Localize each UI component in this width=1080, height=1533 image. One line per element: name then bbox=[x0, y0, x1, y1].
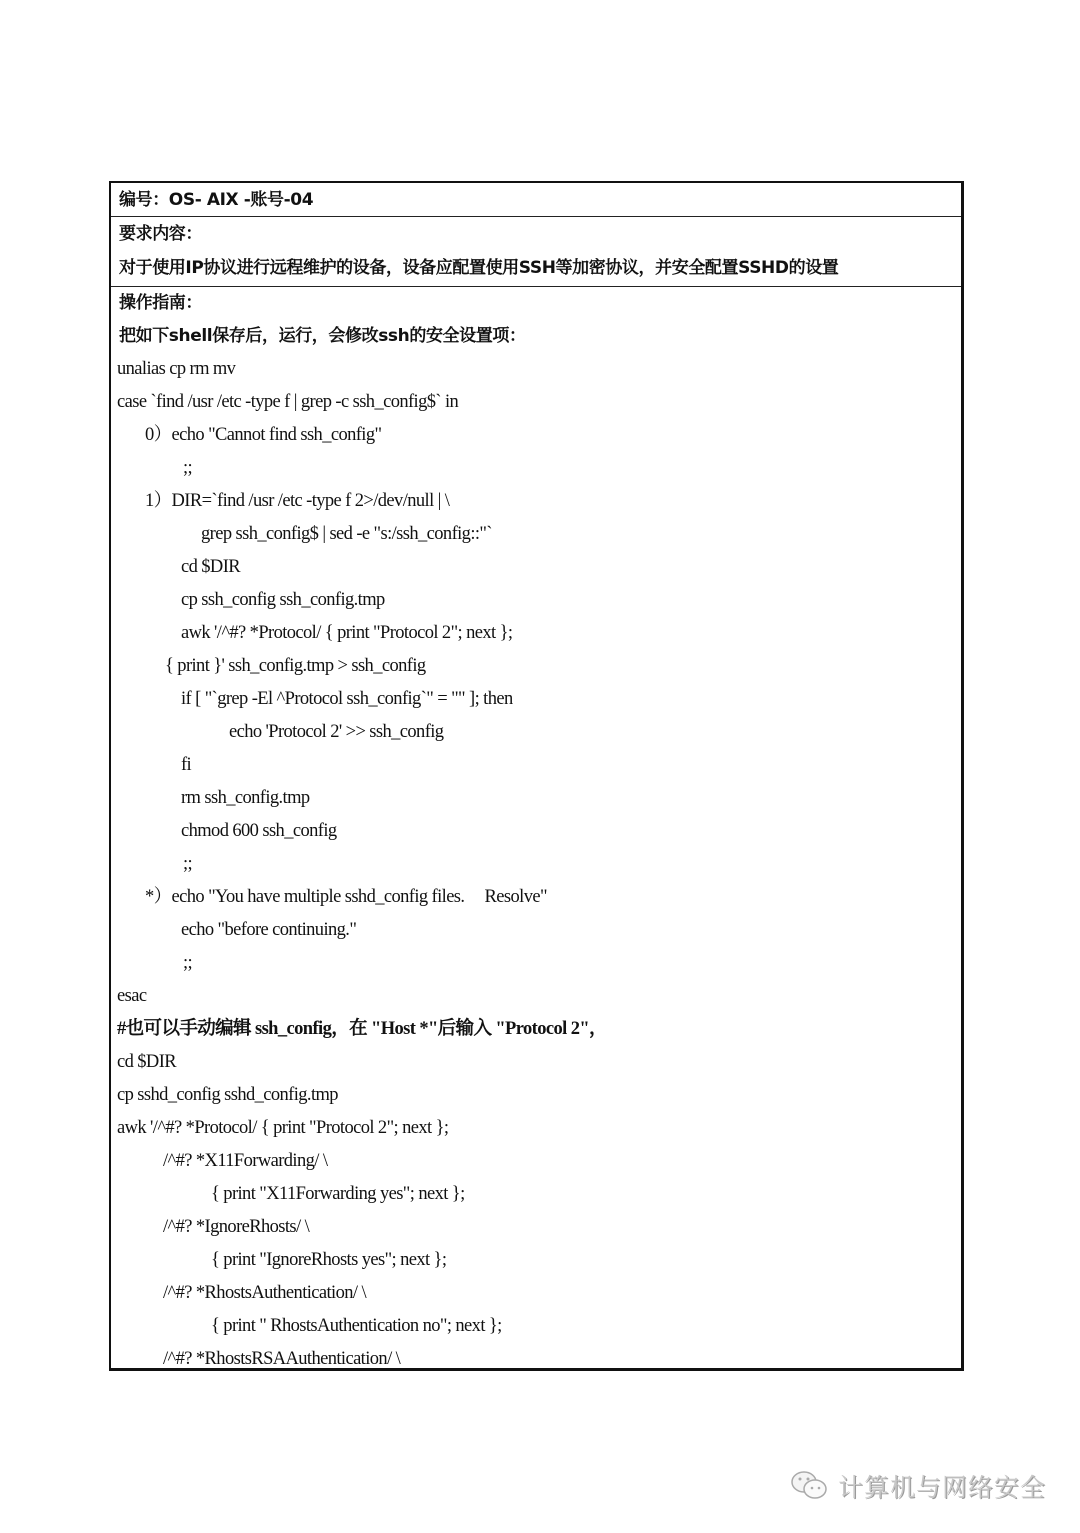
code-line: /^#? *RhostsAuthentication/ \ bbox=[163, 1277, 366, 1310]
code-line: awk '/^#? *Protocol/ { print "Protocol 2… bbox=[117, 1112, 448, 1145]
code-line: ;; bbox=[183, 947, 192, 980]
code-line: *）echo "You have multiple sshd_config fi… bbox=[145, 881, 547, 914]
code-line: echo "before continuing." bbox=[181, 914, 356, 947]
watermark: 计算机与网络安全 bbox=[790, 1466, 1046, 1506]
document-table: 编号：OS- AIX -账号-04 要求内容： 对于使用IP协议进行远程维护的设… bbox=[109, 181, 964, 1371]
code-line: cp sshd_config sshd_config.tmp bbox=[117, 1079, 338, 1112]
guide-heading: 操作指南： bbox=[119, 287, 202, 320]
code-line: #也可以手动编辑 ssh_config，在 "Host *"后输入 "Proto… bbox=[117, 1013, 607, 1046]
requirement-heading: 要求内容： bbox=[119, 218, 202, 251]
code-line: case `find /usr /etc -type f | grep -c s… bbox=[117, 386, 458, 419]
code-line: echo 'Protocol 2' >> ssh_config bbox=[229, 716, 443, 749]
row-id: 编号：OS- AIX -账号-04 bbox=[111, 183, 961, 217]
code-line: fi bbox=[181, 749, 191, 782]
code-line: cp ssh_config ssh_config.tmp bbox=[181, 584, 385, 617]
document-id: 编号：OS- AIX -账号-04 bbox=[119, 184, 313, 217]
code-line: esac bbox=[117, 980, 146, 1013]
code-line: cd $DIR bbox=[181, 551, 240, 584]
code-line: { print }' ssh_config.tmp > ssh_config bbox=[165, 650, 426, 683]
wechat-icon bbox=[790, 1469, 830, 1503]
code-line: { print "IgnoreRhosts yes"; next }; bbox=[211, 1244, 446, 1277]
code-line: grep ssh_config$ | sed -e "s:/ssh_config… bbox=[201, 518, 492, 551]
code-line: { print " RhostsAuthentication no"; next… bbox=[211, 1310, 502, 1343]
code-line: ;; bbox=[183, 848, 192, 881]
row-requirement: 要求内容： 对于使用IP协议进行远程维护的设备，设备应配置使用SSH等加密协议，… bbox=[111, 217, 961, 287]
requirement-text: 对于使用IP协议进行远程维护的设备，设备应配置使用SSH等加密协议，并安全配置S… bbox=[119, 252, 838, 285]
code-line: if [ "`grep -El ^Protocol ssh_config`" =… bbox=[181, 683, 513, 716]
code-line: /^#? *X11Forwarding/ \ bbox=[163, 1145, 327, 1178]
code-line: awk '/^#? *Protocol/ { print "Protocol 2… bbox=[181, 617, 512, 650]
guide-intro: 把如下shell保存后，运行，会修改ssh的安全设置项： bbox=[119, 320, 526, 353]
code-line: /^#? *IgnoreRhosts/ \ bbox=[163, 1211, 309, 1244]
code-line: unalias cp rm mv bbox=[117, 353, 235, 386]
code-line: 0）echo "Cannot find ssh_config" bbox=[145, 419, 381, 452]
code-line: /^#? *RhostsRSAAuthentication/ \ bbox=[163, 1343, 400, 1376]
code-line: 1）DIR=`find /usr /etc -type f 2>/dev/nul… bbox=[145, 485, 449, 518]
code-line: { print "X11Forwarding yes"; next }; bbox=[211, 1178, 465, 1211]
code-line: chmod 600 ssh_config bbox=[181, 815, 337, 848]
row-guide: 操作指南： 把如下shell保存后，运行，会修改ssh的安全设置项： unali… bbox=[111, 287, 961, 1368]
watermark-text: 计算机与网络安全 bbox=[838, 1468, 1046, 1504]
code-line: ;; bbox=[183, 452, 192, 485]
code-line: cd $DIR bbox=[117, 1046, 176, 1079]
code-line: rm ssh_config.tmp bbox=[181, 782, 310, 815]
